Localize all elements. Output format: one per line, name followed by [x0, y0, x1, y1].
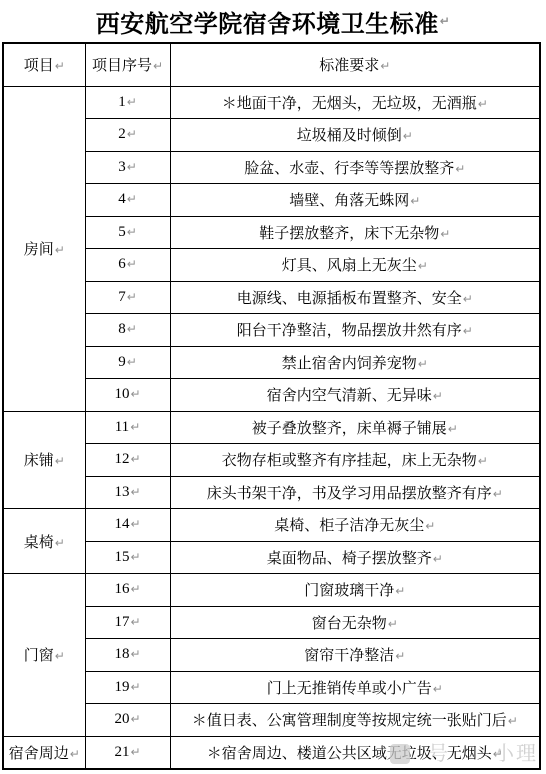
requirement-text: 灯具、风扇上无灰尘 — [282, 258, 417, 274]
requirement-cell: 阳台干净整洁，物品摆放井然有序↵ — [170, 314, 540, 347]
requirement-text: 门上无推销传单或小广告 — [267, 681, 432, 697]
hygiene-standards-table: 项目↵ 项目序号↵ 标准要求↵ 房间↵ 1↵ ＊地面干净，无烟头，无垃圾，无酒瓶… — [2, 42, 541, 770]
pilcrow-mark: ↵ — [425, 519, 435, 533]
pilcrow-mark: ↵ — [127, 257, 137, 271]
row-number: 13 — [114, 484, 129, 500]
requirement-cell: 电源线、电源插板布置整齐、安全↵ — [170, 281, 540, 314]
requirement-text: 被子叠放整齐，床单褥子铺展 — [252, 421, 447, 437]
pilcrow-mark: ↵ — [440, 14, 451, 28]
requirement-cell: 宿舍内空气清新、无异味↵ — [170, 379, 540, 412]
pilcrow-mark: ↵ — [455, 162, 465, 176]
requirement-text: 墙壁、角落无蛛网 — [289, 193, 409, 209]
pilcrow-mark: ↵ — [153, 59, 163, 73]
table-row: 门窗↵ 16↵ 门窗玻璃干净↵ — [3, 574, 540, 607]
row-number: 10 — [114, 386, 129, 402]
pilcrow-mark: ↵ — [127, 127, 137, 141]
requirement-cell: 窗台无杂物↵ — [170, 606, 540, 639]
group-cell-desk-chair: 桌椅↵ — [3, 509, 85, 574]
row-number-cell: 3↵ — [85, 151, 170, 184]
requirement-cell: ＊宿舍周边、楼道公共区域无垃圾、无烟头↵ — [170, 736, 540, 769]
row-number: 1 — [118, 94, 126, 110]
row-number-cell: 1↵ — [85, 86, 170, 119]
page-title-text: 西安航空学院宿舍环境卫生标准 — [96, 4, 439, 39]
requirement-text: 电源线、电源插板布置整齐、安全 — [237, 291, 462, 307]
pilcrow-mark: ↵ — [478, 454, 488, 468]
requirement-cell: 床头书架干净，书及学习用品摆放整齐有序↵ — [170, 476, 540, 509]
pilcrow-mark: ↵ — [55, 649, 65, 663]
table-row: 床铺↵ 11↵ 被子叠放整齐，床单褥子铺展↵ — [3, 411, 540, 444]
requirement-text: 阳台干净整洁，物品摆放井然有序 — [237, 323, 462, 339]
requirement-cell: 衣物存柜或整齐有序挂起，床上无杂物↵ — [170, 444, 540, 477]
requirement-cell: 灯具、风扇上无灰尘↵ — [170, 249, 540, 282]
requirement-cell: 鞋子摆放整齐，床下无杂物↵ — [170, 216, 540, 249]
pilcrow-mark: ↵ — [418, 259, 428, 273]
pilcrow-mark: ↵ — [127, 355, 137, 369]
row-number: 5 — [118, 224, 126, 240]
pilcrow-mark: ↵ — [130, 582, 140, 596]
row-number-cell: 6↵ — [85, 249, 170, 282]
page-title: 西安航空学院宿舍环境卫生标准↵ — [0, 0, 546, 42]
requirement-text: 门窗玻璃干净 — [304, 583, 394, 599]
requirement-cell: 墙壁、角落无蛛网↵ — [170, 184, 540, 217]
row-number-cell: 5↵ — [85, 216, 170, 249]
pilcrow-mark: ↵ — [127, 322, 137, 336]
requirement-cell: 门窗玻璃干净↵ — [170, 574, 540, 607]
row-number-cell: 8↵ — [85, 314, 170, 347]
pilcrow-mark: ↵ — [130, 745, 140, 759]
pilcrow-mark: ↵ — [55, 59, 65, 73]
pilcrow-mark: ↵ — [55, 536, 65, 550]
pilcrow-mark: ↵ — [127, 160, 137, 174]
requirement-cell: 被子叠放整齐，床单褥子铺展↵ — [170, 411, 540, 444]
requirement-text: 宿舍内空气清新、无异味 — [267, 388, 432, 404]
row-number: 12 — [114, 451, 129, 467]
header-item-no-label: 项目序号 — [92, 58, 152, 74]
requirement-cell: 垃圾桶及时倾倒↵ — [170, 119, 540, 152]
group-cell-room: 房间↵ — [3, 86, 85, 411]
pilcrow-mark: ↵ — [127, 95, 137, 109]
row-number: 11 — [115, 419, 129, 435]
row-number: 19 — [114, 679, 129, 695]
pilcrow-mark: ↵ — [433, 389, 443, 403]
row-number-cell: 7↵ — [85, 281, 170, 314]
requirement-text: ＊值日表、公寓管理制度等按规定统一张贴门后 — [192, 713, 507, 729]
row-number: 15 — [114, 549, 129, 565]
row-number: 9 — [118, 354, 126, 370]
requirement-text: 床头书架干净，书及学习用品摆放整齐有序 — [207, 486, 492, 502]
pilcrow-mark: ↵ — [395, 649, 405, 663]
requirement-text: ＊地面干净，无烟头，无垃圾，无酒瓶 — [222, 96, 477, 112]
requirement-cell: ＊值日表、公寓管理制度等按规定统一张贴门后↵ — [170, 704, 540, 737]
header-row: 项目↵ 项目序号↵ 标准要求↵ — [3, 43, 540, 86]
requirement-text: 脸盆、水壶、行李等等摆放整齐 — [244, 161, 454, 177]
pilcrow-mark: ↵ — [130, 680, 140, 694]
group-label: 床铺 — [24, 453, 54, 469]
row-number: 3 — [118, 159, 126, 175]
row-number: 6 — [118, 256, 126, 272]
group-cell-door-window: 门窗↵ — [3, 574, 85, 737]
requirement-text: 禁止宿舍内饲养宠物 — [282, 356, 417, 372]
requirement-cell: 脸盆、水壶、行李等等摆放整齐↵ — [170, 151, 540, 184]
group-label: 桌椅 — [24, 535, 54, 551]
header-cell-requirement: 标准要求↵ — [170, 43, 540, 86]
row-number-cell: 2↵ — [85, 119, 170, 152]
pilcrow-mark: ↵ — [130, 615, 140, 629]
row-number: 7 — [118, 289, 126, 305]
pilcrow-mark: ↵ — [70, 747, 80, 761]
pilcrow-mark: ↵ — [410, 194, 420, 208]
requirement-text: 垃圾桶及时倾倒 — [297, 128, 402, 144]
pilcrow-mark: ↵ — [130, 550, 140, 564]
table-row: 宿舍周边↵ 21↵ ＊宿舍周边、楼道公共区域无垃圾、无烟头↵ — [3, 736, 540, 769]
pilcrow-mark: ↵ — [127, 192, 137, 206]
requirement-text: 桌椅、柜子洁净无灰尘 — [274, 518, 424, 534]
pilcrow-mark: ↵ — [433, 682, 443, 696]
requirement-cell: 桌椅、柜子洁净无灰尘↵ — [170, 509, 540, 542]
header-cell-item-no: 项目序号↵ — [85, 43, 170, 86]
pilcrow-mark: ↵ — [463, 292, 473, 306]
pilcrow-mark: ↵ — [508, 714, 518, 728]
row-number: 8 — [118, 321, 126, 337]
pilcrow-mark: ↵ — [130, 517, 140, 531]
requirement-cell: 窗帘干净整洁↵ — [170, 639, 540, 672]
group-cell-surroundings: 宿舍周边↵ — [3, 736, 85, 769]
group-cell-bed: 床铺↵ — [3, 411, 85, 509]
pilcrow-mark: ↵ — [130, 420, 140, 434]
pilcrow-mark: ↵ — [440, 227, 450, 241]
pilcrow-mark: ↵ — [418, 357, 428, 371]
row-number: 18 — [114, 646, 129, 662]
row-number: 14 — [114, 516, 129, 532]
row-number-cell: 9↵ — [85, 346, 170, 379]
requirement-text: 窗帘干净整洁 — [304, 648, 394, 664]
group-label: 门窗 — [24, 648, 54, 664]
pilcrow-mark: ↵ — [403, 129, 413, 143]
requirement-text: 衣物存柜或整齐有序挂起，床上无杂物 — [222, 453, 477, 469]
pilcrow-mark: ↵ — [493, 747, 503, 761]
requirement-text: 窗台无杂物 — [312, 616, 387, 632]
row-number-cell: 18↵ — [85, 639, 170, 672]
requirement-text: ＊宿舍周边、楼道公共区域无垃圾、无烟头 — [207, 746, 492, 762]
row-number: 17 — [114, 614, 129, 630]
pilcrow-mark: ↵ — [130, 647, 140, 661]
requirement-cell: 桌面物品、椅子摆放整齐↵ — [170, 541, 540, 574]
row-number-cell: 19↵ — [85, 671, 170, 704]
requirement-cell: 门上无推销传单或小广告↵ — [170, 671, 540, 704]
header-item-label: 项目 — [24, 58, 54, 74]
pilcrow-mark: ↵ — [388, 617, 398, 631]
table-row: 房间↵ 1↵ ＊地面干净，无烟头，无垃圾，无酒瓶↵ — [3, 86, 540, 119]
row-number-cell: 17↵ — [85, 606, 170, 639]
row-number-cell: 10↵ — [85, 379, 170, 412]
pilcrow-mark: ↵ — [395, 584, 405, 598]
row-number-cell: 21↵ — [85, 736, 170, 769]
pilcrow-mark: ↵ — [130, 485, 140, 499]
requirement-cell: ＊地面干净，无烟头，无垃圾，无酒瓶↵ — [170, 86, 540, 119]
group-label: 房间 — [24, 242, 54, 258]
row-number-cell: 4↵ — [85, 184, 170, 217]
pilcrow-mark: ↵ — [448, 422, 458, 436]
pilcrow-mark: ↵ — [478, 97, 488, 111]
document-page: 西安航空学院宿舍环境卫生标准↵ 项目↵ 项目序号↵ 标准要求↵ 房间↵ 1↵ ＊… — [0, 0, 546, 774]
table-row: 桌椅↵ 14↵ 桌椅、柜子洁净无灰尘↵ — [3, 509, 540, 542]
pilcrow-mark: ↵ — [55, 454, 65, 468]
row-number: 2 — [118, 126, 126, 142]
pilcrow-mark: ↵ — [130, 452, 140, 466]
pilcrow-mark: ↵ — [463, 324, 473, 338]
requirement-text: 鞋子摆放整齐，床下无杂物 — [259, 226, 439, 242]
row-number: 4 — [118, 191, 126, 207]
row-number-cell: 11↵ — [85, 411, 170, 444]
row-number-cell: 13↵ — [85, 476, 170, 509]
row-number: 21 — [114, 744, 129, 760]
row-number: 16 — [114, 581, 129, 597]
group-label: 宿舍周边 — [9, 746, 69, 762]
pilcrow-mark: ↵ — [55, 243, 65, 257]
row-number-cell: 16↵ — [85, 574, 170, 607]
row-number: 20 — [114, 711, 129, 727]
row-number-cell: 15↵ — [85, 541, 170, 574]
pilcrow-mark: ↵ — [130, 712, 140, 726]
pilcrow-mark: ↵ — [380, 59, 390, 73]
row-number-cell: 14↵ — [85, 509, 170, 542]
row-number-cell: 20↵ — [85, 704, 170, 737]
pilcrow-mark: ↵ — [493, 487, 503, 501]
pilcrow-mark: ↵ — [433, 552, 443, 566]
header-requirement-label: 标准要求 — [319, 58, 379, 74]
requirement-cell: 禁止宿舍内饲养宠物↵ — [170, 346, 540, 379]
header-cell-item: 项目↵ — [3, 43, 85, 86]
requirement-text: 桌面物品、椅子摆放整齐 — [267, 551, 432, 567]
pilcrow-mark: ↵ — [127, 290, 137, 304]
pilcrow-mark: ↵ — [127, 225, 137, 239]
row-number-cell: 12↵ — [85, 444, 170, 477]
pilcrow-mark: ↵ — [130, 387, 140, 401]
